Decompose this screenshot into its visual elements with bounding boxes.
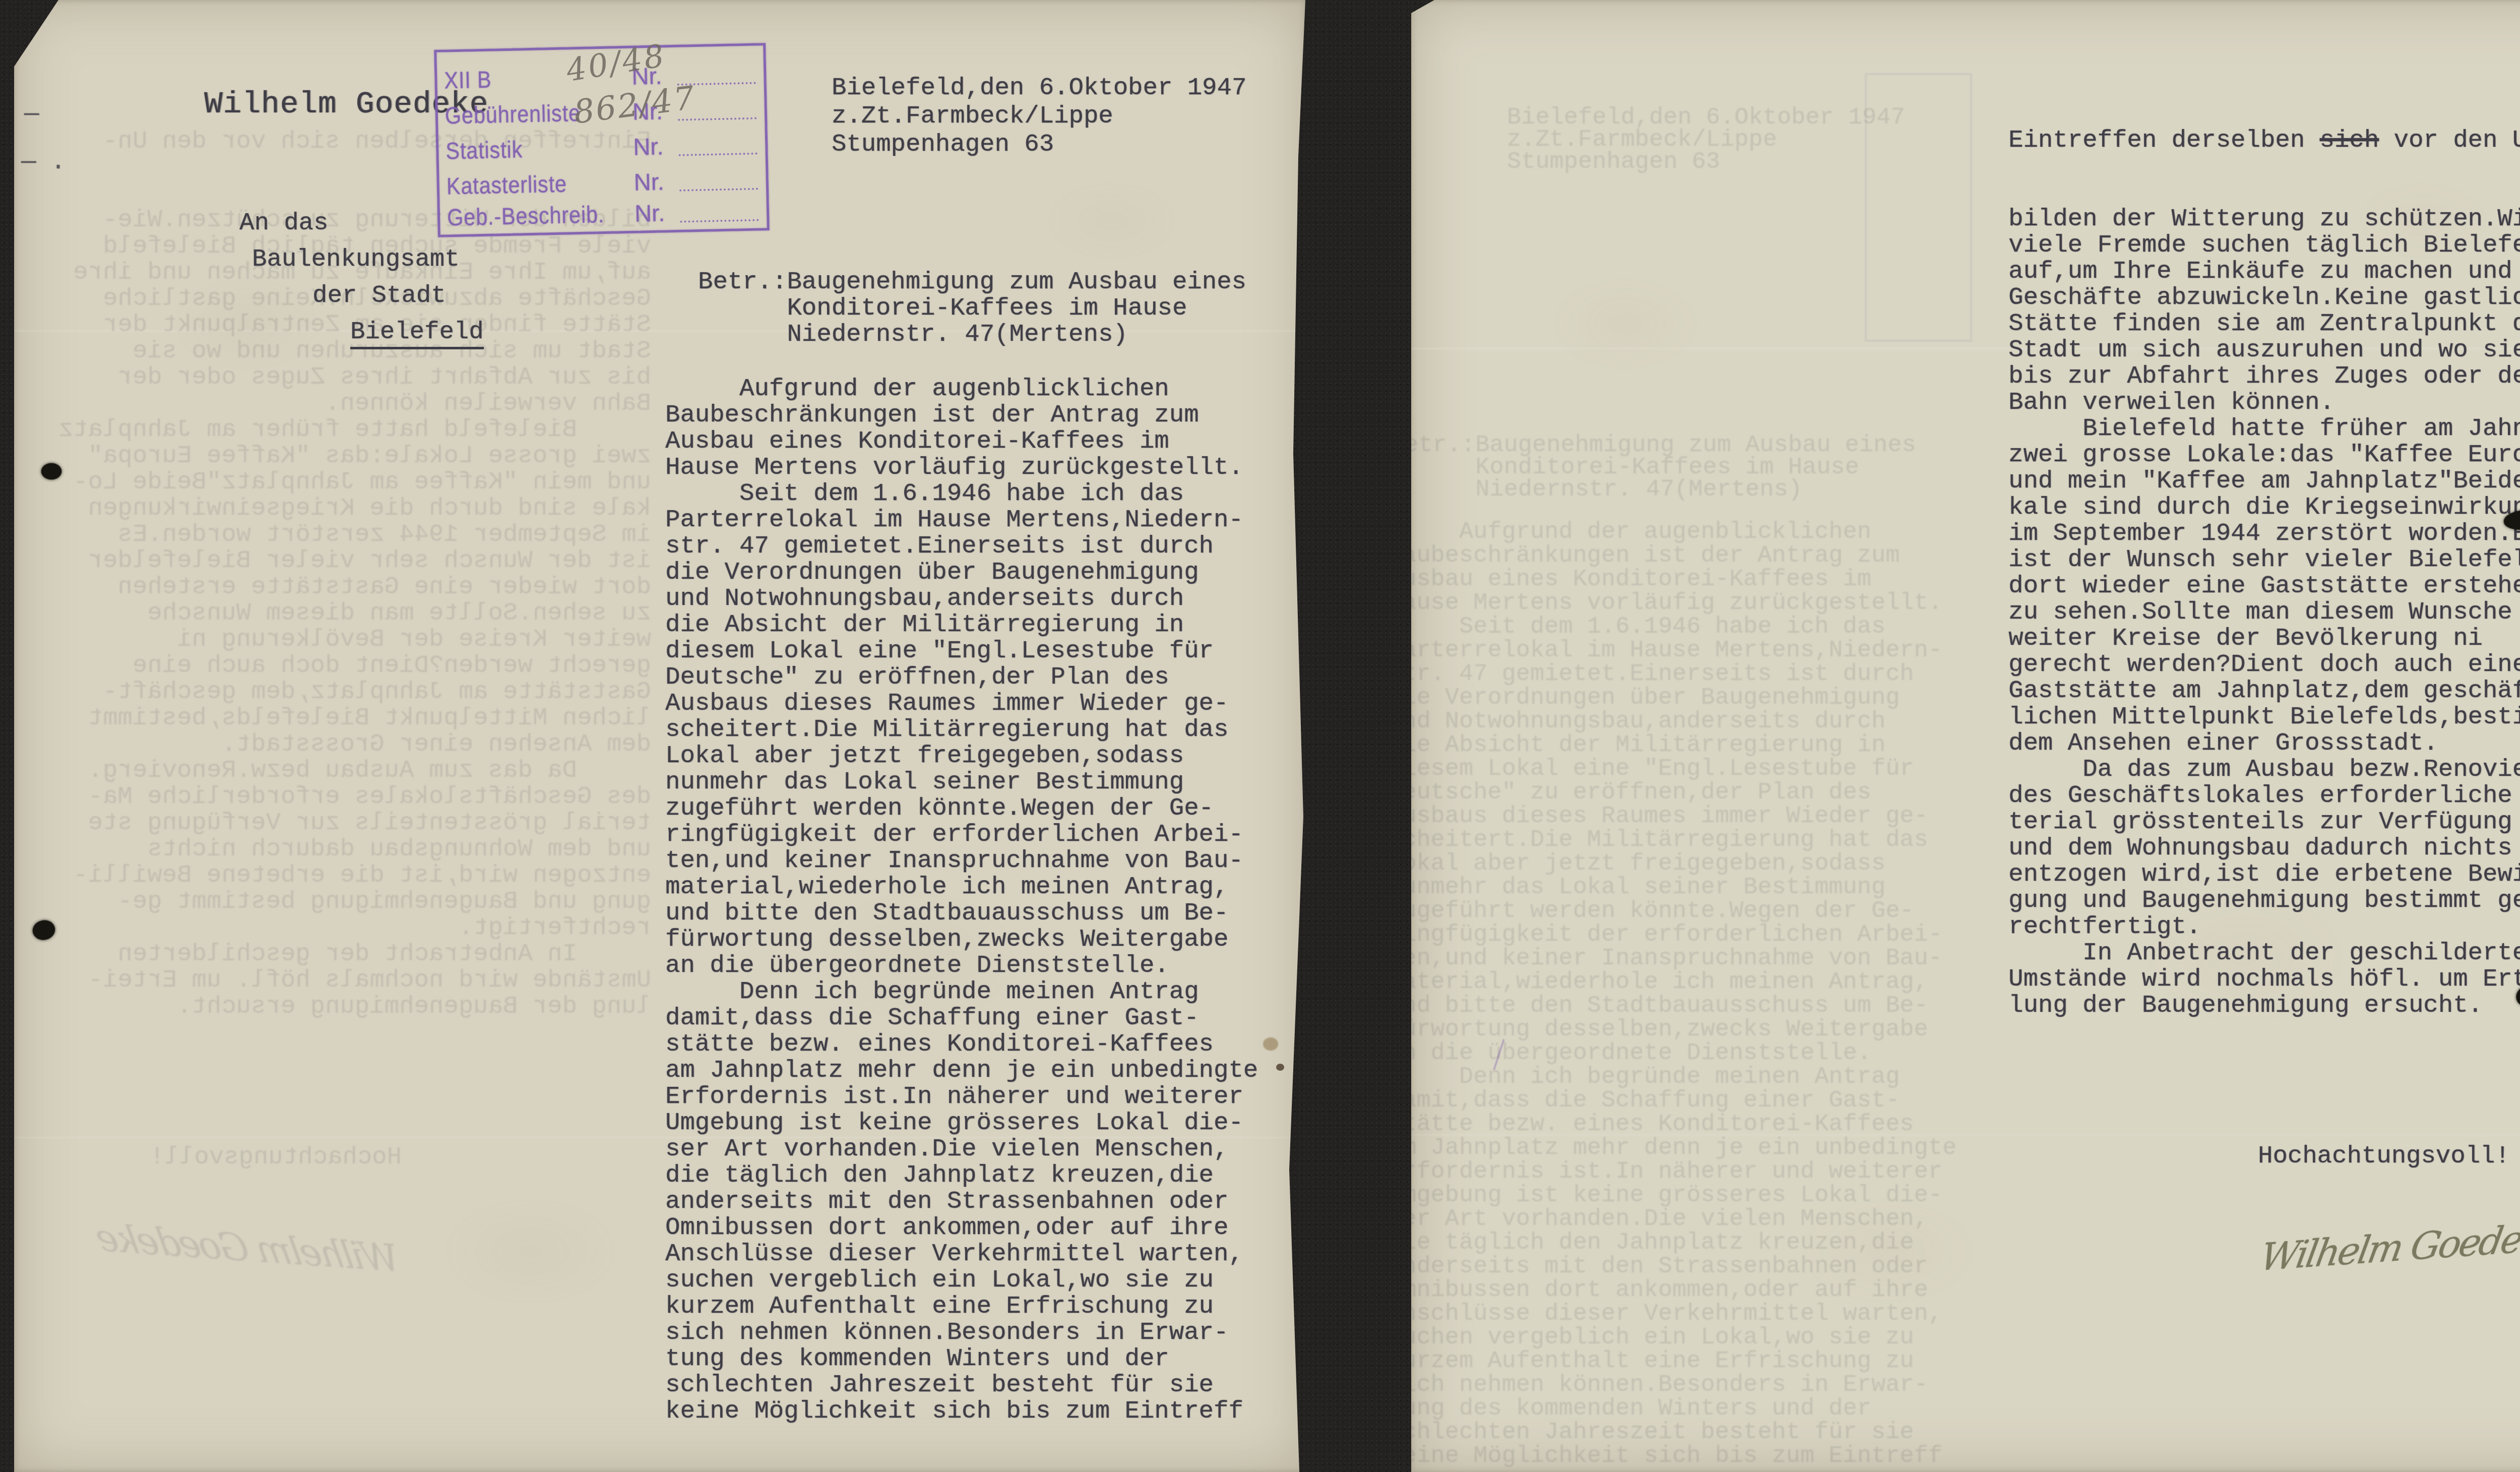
page2-body: Eintreffen derselben sich vor den Un- bi… <box>2008 75 2520 1311</box>
ghost-line: Deutsche" zu eröffnen,der Plan des <box>1388 781 1957 805</box>
stamp-label: XII B <box>444 66 492 94</box>
ghost-line: die Verordnungen über Baugenehmigung <box>1388 686 1957 710</box>
bleedthrough-subject: Betr.:Baugenehmigung zum Ausbau eines Ko… <box>1390 435 1916 501</box>
body-line: Aufgrund der augenblicklichen <box>665 376 1258 402</box>
ghost-line: dem Ansehen einer Grossstadt. <box>21 731 651 757</box>
ghost-line: kurzem Aufenthalt eine Erfrischung zu <box>1388 1350 1957 1373</box>
body-line: weiter Kreise der Bevölkerung ni <box>2008 625 2520 651</box>
body-line: zugeführt werden könnte.Wegen der Ge- <box>665 795 1258 821</box>
ghost-closing: Hochachtungsvoll! <box>21 1144 651 1170</box>
stamp-dotted-line <box>679 153 758 156</box>
ghost-line: Aufgrund der augenblicklichen <box>1388 520 1957 544</box>
body-line: Ausbau eines Konditorei-Kaffees im <box>665 428 1258 454</box>
ghost-line: z.Zt.Farmbeck/Lippe <box>1507 129 1905 151</box>
body-line: zwei grosse Lokale:das "Kaffee Europa" <box>2008 442 2520 468</box>
ghost-line: des Geschäftslokales erforderliche Ma- <box>21 783 651 810</box>
ghost-line: Niedernstr. 47(Mertens) <box>1390 479 1916 501</box>
ghost-line: entzogen wird,ist die erbetene Bewilli- <box>21 862 651 888</box>
ghost-line: bis zur Abfahrt ihres Zuges oder der <box>21 364 651 390</box>
ghost-line: Anschlüsse dieser Verkehrmittel warten, <box>1388 1302 1957 1326</box>
ghost-line: damit,dass die Schaffung einer Gast- <box>1388 1089 1957 1113</box>
margin-mark: — . <box>21 149 66 175</box>
ghost-line: lung der Baugenehmigung ersucht. <box>21 993 651 1019</box>
ghost-line: und dem Wohnungsbau dadurch nichts <box>21 836 651 862</box>
body-line: und dem Wohnungsbau dadurch nichts <box>2008 835 2520 861</box>
ghost-line: ist der Wunsch sehr vieler Bielefelder <box>21 547 651 574</box>
stain <box>1276 1064 1284 1071</box>
recipient-city-underlined: Bielefeld <box>350 318 484 349</box>
date-line: Stumpenhagen 63 <box>832 130 1246 158</box>
body-line: ser Art vorhanden.Die vielen Menschen, <box>665 1136 1258 1162</box>
body-line: Hause Mertens vorläufig zurückgestellt. <box>665 454 1258 480</box>
ghost-line: str. 47 gemietet.Einerseits ist durch <box>1388 662 1957 686</box>
body-line: scheitert.Die Militärregierung hat das <box>665 716 1258 743</box>
ghost-line: Omnibussen dort ankommen,oder auf ihre <box>1388 1278 1957 1302</box>
body-line: rechtfertigt. <box>2008 913 2520 940</box>
stamp-label: Gebührenliste <box>445 99 581 130</box>
ghost-line: gerecht werden?Dient doch auch eine <box>21 652 651 679</box>
stamp-nr-label: Nr. <box>634 167 664 196</box>
body-line: Da das zum Ausbau bezw.Renovierg. <box>2008 756 2520 782</box>
closing-salutation: Hochachtungsvoll! <box>2008 1143 2520 1169</box>
body-line: an die übergeordnete Dienststelle. <box>665 952 1258 978</box>
stamp-label: Statistik <box>446 135 523 164</box>
stamp-row: Katasterliste Nr. <box>446 165 760 201</box>
ghost-line: Baubeschränkungen ist der Antrag zum <box>1388 544 1957 568</box>
ghost-body: bilden der Witterung zu schützen.Wie-vie… <box>21 207 651 1019</box>
ghost-line: fürwortung desselben,zwecks Weitergabe <box>1388 1018 1957 1041</box>
body-line: Geschäfte abzuwickeln.Keine gastliche <box>2008 284 2520 311</box>
body-line: am Jahnplatz mehr denn je ein unbedingte <box>665 1057 1258 1083</box>
body-line: Stätte finden sie am Zentralpunkt der <box>2008 311 2520 337</box>
ghost-line: am Jahnplatz mehr denn je ein unbedingte <box>1388 1136 1957 1160</box>
ghost-line: die Absicht der Militärregierung in <box>1388 733 1957 757</box>
body-line: schlechten Jahreszeit besteht für sie <box>665 1372 1258 1398</box>
ghost-line: Hause Mertens vorläufig zurückgestellt. <box>1388 591 1957 615</box>
ghost-line: diesem Lokal eine "Engl.Lesestube für <box>1388 757 1957 781</box>
recipient-line-2: Baulenkungsamt <box>252 246 460 272</box>
body-line: Umstände wird nochmals höfl. um Ertei- <box>2008 966 2520 992</box>
stamp-nr-label: Nr. <box>634 199 665 227</box>
bleedthrough-dateline: Bielefeld,den 6.Oktober 1947z.Zt.Farmbec… <box>1507 107 1905 173</box>
body-line: nunmehr das Lokal seiner Bestimmung <box>665 769 1258 795</box>
stain <box>1263 1037 1278 1051</box>
ghost-line: schlechten Jahreszeit besteht für sie <box>1388 1421 1957 1444</box>
stamp-row: Statistik Nr. <box>446 130 760 166</box>
ghost-line: Konditorei-Kaffees im Hause <box>1390 457 1916 479</box>
struck-word: sich <box>2320 126 2379 154</box>
ghost-line: sich nehmen können.Besonders in Erwar- <box>1388 1373 1957 1397</box>
ghost-line: Erfordernis ist.In näherer und weiterer <box>1388 1160 1957 1184</box>
ghost-line: ringfügigkeit der erforderlichen Arbei- <box>1388 923 1957 947</box>
ghost-line: Stumpenhagen 63 <box>1507 151 1905 173</box>
body-line: Baubeschränkungen ist der Antrag zum <box>665 402 1258 428</box>
body-line: sich nehmen können.Besonders in Erwar- <box>665 1319 1258 1345</box>
line1-pre: Eintreffen derselben <box>2008 126 2320 154</box>
ghost-line: Stadt um sich auszuruhen und wo sie <box>21 338 651 364</box>
body-line: fürwortung desselben,zwecks Weitergabe <box>665 926 1258 952</box>
body-line: ten,und keiner Inanspruchnahme von Bau- <box>665 847 1258 874</box>
body-line: die täglich den Jahnplatz kreuzen,die <box>665 1162 1258 1188</box>
body-line: bis zur Abfahrt ihres Zuges oder der <box>2008 363 2520 389</box>
ghost-line: scheitert.Die Militärregierung hat das <box>1388 828 1957 852</box>
body-line: suchen vergeblich ein Lokal,wo sie zu <box>665 1267 1258 1293</box>
body-line: dem Ansehen einer Grossstadt. <box>2008 730 2520 756</box>
body-line: str. 47 gemietet.Einerseits ist durch <box>665 533 1258 559</box>
ghost-line: In Anbetracht der geschilderten <box>21 941 651 967</box>
stamp-label: Geb.-Beschreib. <box>447 200 605 231</box>
ghost-line: material,wiederhole ich meinen Antrag, <box>1388 970 1957 994</box>
ghost-line: Umstände wird nochmals höfl. um Ertei- <box>21 967 651 993</box>
ghost-line: Lokal aber jetzt freigegeben,sodass <box>1388 852 1957 876</box>
body-line: damit,dass die Schaffung einer Gast- <box>665 1005 1258 1031</box>
body-line: des Geschäftslokales erforderliche Ma- <box>2008 782 2520 809</box>
body-line: lung der Baugenehmigung ersucht. <box>2008 992 2520 1018</box>
body-line: die Verordnungen über Baugenehmigung <box>665 559 1258 585</box>
recipient-line-3: der Stadt <box>312 282 446 309</box>
ghost-signature: Wilhelm Goedeke <box>19 1219 401 1272</box>
ghost-line: Betr.:Baugenehmigung zum Ausbau eines <box>1390 435 1916 457</box>
line1-post: vor den Un- <box>2379 126 2520 154</box>
subject-line: Konditorei-Kaffees im Hause <box>698 295 1246 321</box>
ghost-line: Stätte finden sie am Zentralpunkt der <box>21 312 651 338</box>
body-line: Gaststätte am Jahnplatz,dem geschäft- <box>2008 678 2520 704</box>
ghost-line: rechtfertigt. <box>21 914 651 941</box>
body-line: kurzem Aufenthalt eine Erfrischung zu <box>665 1293 1258 1319</box>
body-line: lichen Mittelpunkt Bielefelds,bestimmt <box>2008 704 2520 730</box>
body-line: Ausbaus dieses Raumes immer Wieder ge- <box>665 690 1258 716</box>
ghost-line: Denn ich begründe meinen Antrag <box>1388 1065 1957 1089</box>
ghost-line: anderseits mit den Strassenbahnen oder <box>1388 1255 1957 1278</box>
date-block: Bielefeld,den 6.Oktober 1947z.Zt.Farmbec… <box>832 74 1246 158</box>
page1-body: Aufgrund der augenblicklichenBaubeschrän… <box>665 376 1258 1424</box>
ghost-line: stätte bezw. eines Konditorei-Kaffees <box>1388 1113 1957 1136</box>
ghost-line: ten,und keiner Inanspruchnahme von Bau- <box>1388 947 1957 970</box>
body-line: auf,um Ihre Einkäufe zu machen und ihre <box>2008 258 2520 284</box>
body-line: und Notwohnungsbau,anderseits durch <box>665 585 1258 611</box>
ghost-line: an die übergeordnete Dienststelle. <box>1388 1041 1957 1065</box>
body-line: terial grösstenteils zur Verfügung ste <box>2008 809 2520 835</box>
subject-block: Betr.:Baugenehmigung zum Ausbau eines Ko… <box>698 269 1246 347</box>
ghost-line: Bielefeld,den 6.Oktober 1947 <box>1507 107 1905 129</box>
ghost-line: im September 1944 zerstört worden.Es <box>21 521 651 547</box>
ghost-line: suchen vergeblich ein Lokal,wo sie zu <box>1388 1326 1957 1350</box>
ghost-line: zu sehen.Sollte man diesem Wunsche <box>21 600 651 626</box>
body-line: Omnibussen dort ankommen,oder auf ihre <box>665 1214 1258 1241</box>
body-line: entzogen wird,ist die erbetene Bewilli- <box>2008 861 2520 887</box>
body-line: Erfordernis ist.In näherer und weiterer <box>665 1083 1258 1110</box>
ghost-line: Bielefeld hatte früher am Jahnplatz <box>21 416 651 443</box>
ghost-line: zwei grosse Lokale:das "Kaffee Europa" <box>21 443 651 469</box>
body-line: dort wieder eine Gaststätte erstehen <box>2008 573 2520 599</box>
ghost-line: die täglich den Jahnplatz kreuzen,die <box>1388 1231 1957 1255</box>
stamp-nr-label: Nr. <box>633 132 664 160</box>
letter-page-2: Bielefeld,den 6.Oktober 1947z.Zt.Farmbec… <box>1411 0 2520 1472</box>
scanned-letter: Eintreffen derselben sich vor den Un- bi… <box>0 0 2520 1472</box>
body-line: Parterrelokal im Hause Mertens,Niedern- <box>665 507 1258 533</box>
body-line-with-strikeout: Eintreffen derselben sich vor den Un- <box>2008 127 2520 153</box>
ghost-line: und Notwohnungsbau,anderseits durch <box>1388 710 1957 733</box>
ghost-line: Parterrelokal im Hause Mertens,Niedern- <box>1388 639 1957 662</box>
bleedthrough-body-page1: Aufgrund der augenblicklichenBaubeschrän… <box>1388 520 1957 1468</box>
body-line: bilden der Witterung zu schützen.Wie- <box>2008 206 2520 232</box>
ghost-line: gung und Baugenehmigung bestimmt ge- <box>21 888 651 914</box>
page2-body-lines: bilden der Witterung zu schützen.Wie-vie… <box>2008 206 2520 1018</box>
ghost-line: Da das zum Ausbau bezw.Renovierg. <box>21 757 651 783</box>
body-line: Denn ich begründe meinen Antrag <box>665 978 1258 1005</box>
ghost-line: weiter Kreise der Bevölkerung ni <box>21 626 651 652</box>
ghost-line: keine Möglichkeit sich bis zum Eintreff <box>1388 1444 1957 1468</box>
ghost-line: dort wieder eine Gaststätte erstehen <box>21 574 651 600</box>
ghost-line: tung des kommenden Winters und der <box>1388 1397 1957 1421</box>
letter-page-1: Eintreffen derselben sich vor den Un- bi… <box>14 0 1305 1472</box>
body-line: Bielefeld hatte früher am Jahnplatz <box>2008 415 2520 442</box>
body-line: und bitte den Stadtbauausschuss um Be- <box>665 900 1258 926</box>
date-line: z.Zt.Farmbeck/Lippe <box>832 102 1246 130</box>
ghost-line: Ausbaus dieses Raumes immer Wieder ge- <box>1388 805 1957 828</box>
body-line: Stadt um sich auszuruhen und wo sie <box>2008 337 2520 363</box>
body-line: Umgebung ist keine grösseres Lokal die- <box>665 1110 1258 1136</box>
body-line: ringfügigkeit der erforderlichen Arbei- <box>665 821 1258 847</box>
body-line: In Anbetracht der geschilderten <box>2008 940 2520 966</box>
stamp-dotted-line <box>678 117 757 121</box>
body-line: gung und Baugenehmigung bestimmt ge- <box>2008 887 2520 913</box>
ghost-line: zugeführt werden könnte.Wegen der Ge- <box>1388 899 1957 923</box>
margin-mark: — <box>24 101 39 127</box>
body-line: tung des kommenden Winters und der <box>665 1345 1258 1372</box>
date-line: Bielefeld,den 6.Oktober 1947 <box>832 74 1246 102</box>
body-line: Anschlüsse dieser Verkehrmittel warten, <box>665 1241 1258 1267</box>
body-line: Seit dem 1.6.1946 habe ich das <box>665 480 1258 507</box>
body-line: die Absicht der Militärregierung in <box>665 611 1258 638</box>
body-line: material,wiederhole ich meinen Antrag, <box>665 874 1258 900</box>
body-line: und mein "Kaffee am Jahnplatz"Beide Lo- <box>2008 468 2520 494</box>
ghost-line: Umgebung ist keine grösseres Lokal die- <box>1388 1184 1957 1207</box>
ghost-line: Ausbau eines Konditorei-Kaffees im <box>1388 568 1957 591</box>
handwritten-signature: Wilhelm Goedeke <box>2258 1220 2520 1271</box>
ghost-line: Seit dem 1.6.1946 habe ich das <box>1388 615 1957 639</box>
body-line: keine Möglichkeit sich bis zum Eintreff <box>665 1398 1258 1424</box>
body-line: im September 1944 zerstört worden.Es <box>2008 520 2520 546</box>
punch-hole <box>41 463 61 479</box>
ghost-line: Gaststätte am Jahnplatz,dem geschäft- <box>21 679 651 705</box>
subject-line: Betr.:Baugenehmigung zum Ausbau eines <box>698 269 1246 295</box>
ghost-line: und mein "Kaffee am Jahnplatz"Beide Lo- <box>21 469 651 495</box>
body-line: Deutsche" zu eröffnen,der Plan des <box>665 664 1258 690</box>
body-line: gerecht werden?Dient doch auch eine <box>2008 651 2520 678</box>
body-line: Lokal aber jetzt freigegeben,sodass <box>665 743 1258 769</box>
body-line: anderseits mit den Strassenbahnen oder <box>665 1188 1258 1214</box>
stamp-row: Geb.-Beschreib. Nr. <box>447 197 761 232</box>
ghost-line: lichen Mittelpunkt Bielefelds,bestimmt <box>21 705 651 731</box>
stamp-dotted-line <box>679 188 758 192</box>
body-line: Bahn verweilen können. <box>2008 389 2520 415</box>
stamp-label: Katasterliste <box>446 169 567 200</box>
body-line: viele Fremde suchen täglich Bielefeld <box>2008 232 2520 258</box>
body-line: diesem Lokal eine "Engl.Lesestube für <box>665 638 1258 664</box>
body-line: stätte bezw. eines Konditorei-Kaffees <box>665 1031 1258 1057</box>
ghost-line: kale sind durch die Kriegseinwirkungen <box>21 495 651 521</box>
ghost-line: nunmehr das Lokal seiner Bestimmung <box>1388 876 1957 899</box>
body-line: ist der Wunsch sehr vieler Bielefelder <box>2008 546 2520 573</box>
ghost-line: Bahn verweilen können. <box>21 390 651 416</box>
recipient-city: Bielefeld <box>350 319 484 345</box>
ghost-line: und bitte den Stadtbauausschuss um Be- <box>1388 994 1957 1018</box>
subject-line: Niedernstr. 47(Mertens) <box>698 321 1246 347</box>
ghost-line: ser Art vorhanden.Die vielen Menschen, <box>1388 1207 1957 1231</box>
stamp-dotted-line <box>680 219 759 223</box>
body-line: kale sind durch die Kriegseinwirkungen <box>2008 494 2520 520</box>
body-line: zu sehen.Sollte man diesem Wunsche <box>2008 599 2520 625</box>
ghost-line: terial grösstenteils zur Verfügung ste <box>21 810 651 836</box>
recipient-line-1: An das <box>239 210 328 236</box>
